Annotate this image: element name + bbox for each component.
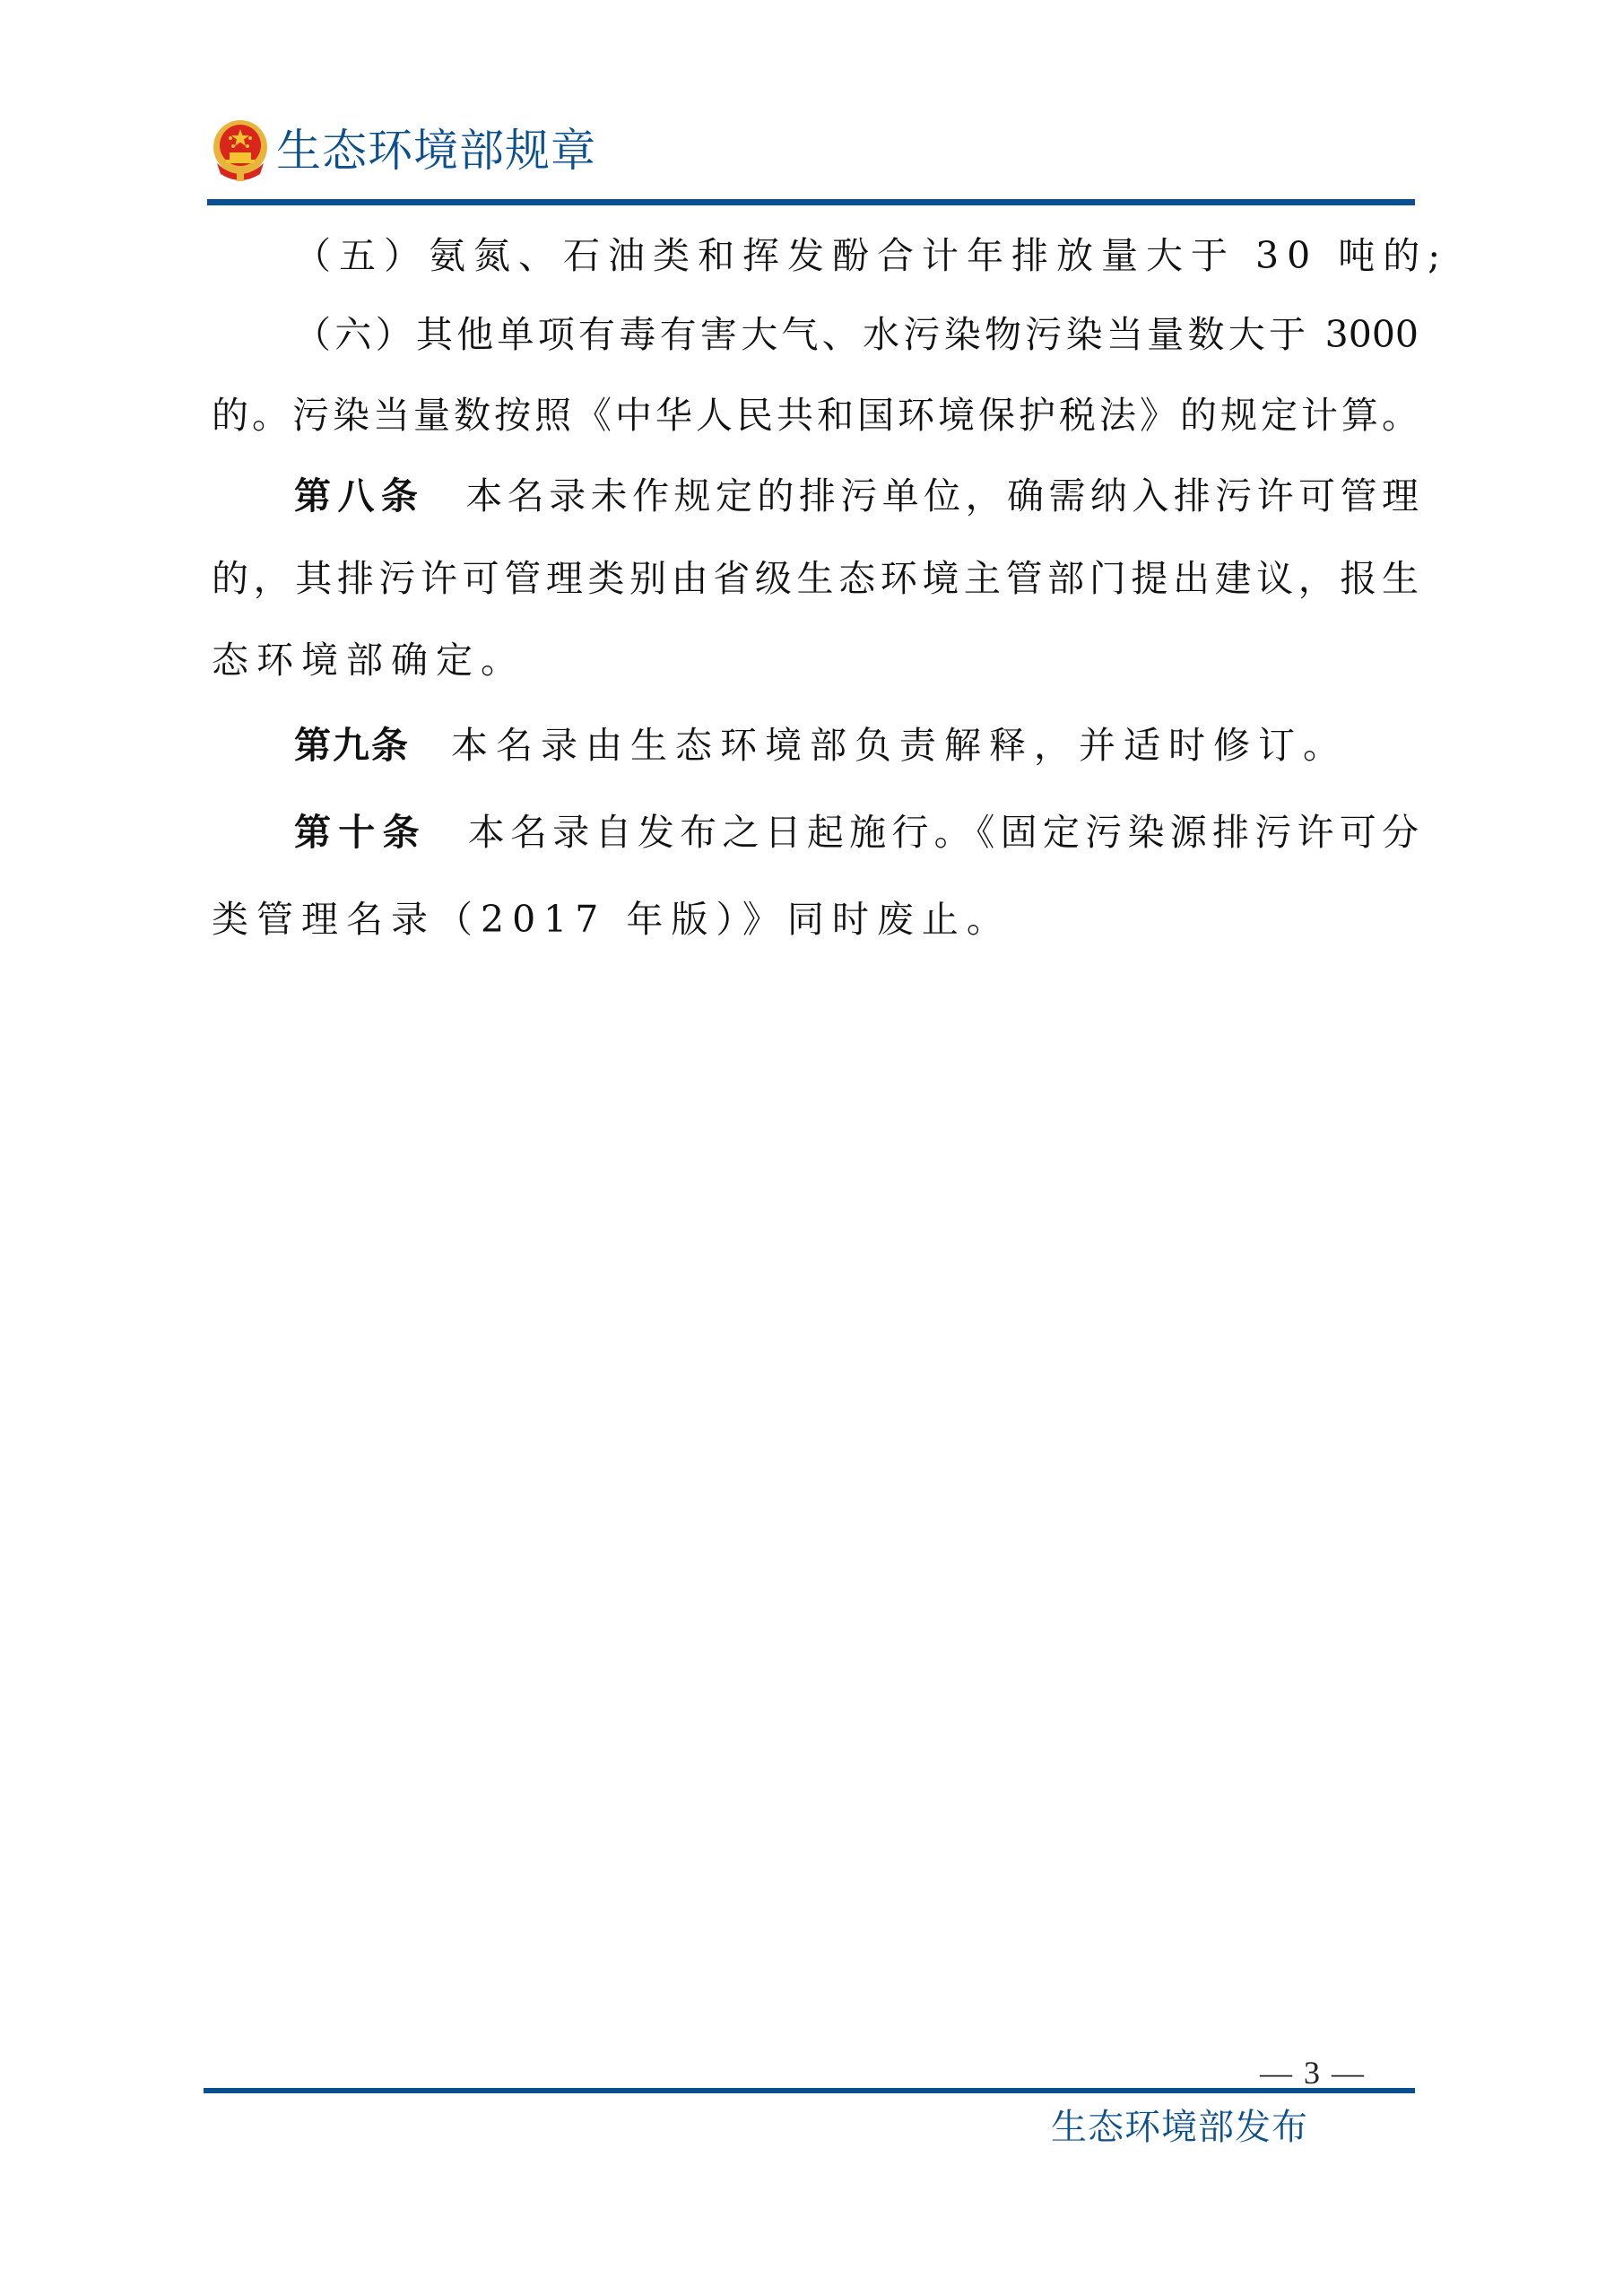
text-line: （六）其他单项有毒有害大气、水污染物污染当量数大于 3000 — [212, 314, 1419, 355]
paragraph-item-5: （五）氨氮、石油类和挥发酚合计年排放量大于 30 吨的; — [212, 235, 1419, 276]
text-line: （五）氨氮、石油类和挥发酚合计年排放量大于 30 吨的; — [212, 235, 1419, 276]
article-text: 本名录自发布之日起施行。《固定污染源排污许可分 — [468, 811, 1419, 854]
paragraph-item-6: （六）其他单项有毒有害大气、水污染物污染当量数大于 3000 — [212, 314, 1419, 355]
article-10: 第十条本名录自发布之日起施行。《固定污染源排污许可分 — [212, 812, 1419, 853]
article-9: 第九条本名录由生态环境部负责解释，并适时修订。 — [212, 725, 1419, 766]
article-8-cont: 的，其排污许可管理类别由省级生态环境主管部门提出建议，报生 — [212, 558, 1419, 599]
page-number: — 3 — — [1260, 2054, 1366, 2092]
article-8: 第八条本名录未作规定的排污单位，确需纳入排污许可管理 — [212, 475, 1419, 517]
article-number: 第九条 — [294, 724, 410, 767]
footer-divider — [204, 2088, 1415, 2093]
article-number: 第十条 — [294, 811, 427, 854]
header-title: 生态环境部规章 — [276, 128, 596, 173]
header-brand: 生态环境部规章 — [212, 117, 596, 185]
text-line: 第八条本名录未作规定的排污单位，确需纳入排污许可管理 — [212, 475, 1419, 517]
paragraph-item-6-cont: 的。污染当量数按照《中华人民共和国环境保护税法》的规定计算。 — [212, 395, 1419, 436]
header-divider — [207, 199, 1415, 205]
text-line: 态环境部确定。 — [212, 639, 1419, 681]
text-line: 第九条本名录由生态环境部负责解释，并适时修订。 — [212, 725, 1419, 766]
article-text: 本名录由生态环境部负责解释，并适时修订。 — [451, 724, 1348, 767]
text-line: 类管理名录（2017 年版）》同时废止。 — [212, 899, 1419, 940]
text-line: 的，其排污许可管理类别由省级生态环境主管部门提出建议，报生 — [212, 558, 1419, 599]
article-number: 第八条 — [294, 474, 424, 517]
text-line: 第十条本名录自发布之日起施行。《固定污染源排污许可分 — [212, 812, 1419, 853]
article-8-cont: 态环境部确定。 — [212, 639, 1419, 681]
article-10-cont: 类管理名录（2017 年版）》同时废止。 — [212, 899, 1419, 940]
text-line: 的。污染当量数按照《中华人民共和国环境保护税法》的规定计算。 — [212, 395, 1419, 436]
footer-publisher: 生态环境部发布 — [1051, 2099, 1308, 2150]
article-text: 本名录未作规定的排污单位，确需纳入排污许可管理 — [465, 474, 1419, 517]
national-emblem-icon — [212, 118, 269, 183]
